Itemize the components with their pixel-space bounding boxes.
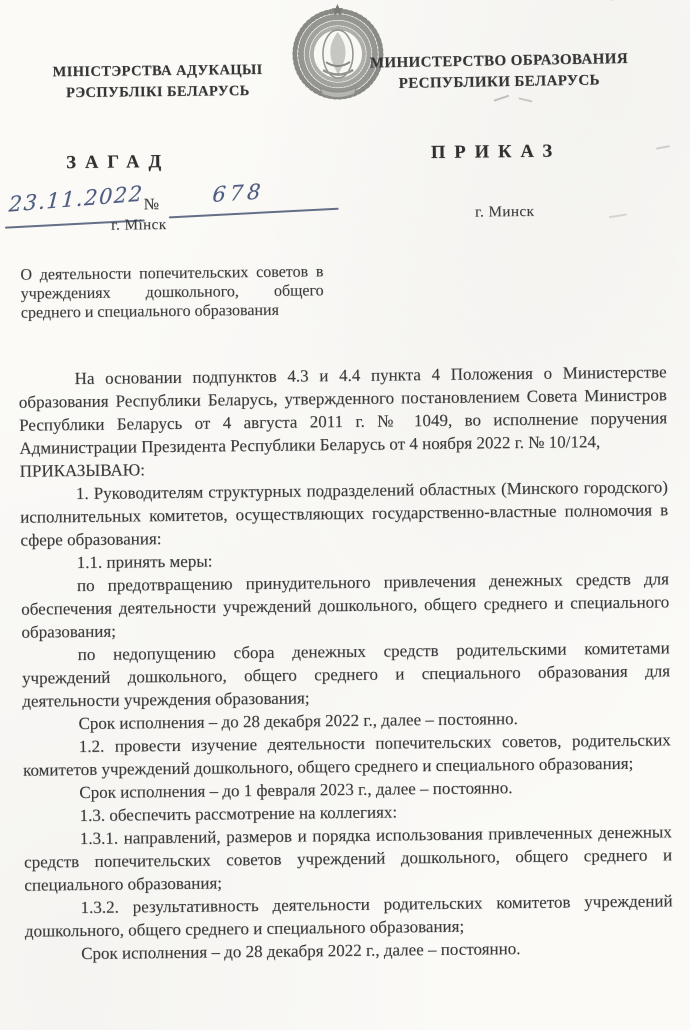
paragraph-basis: На основании подпунктов 4.3 и 4.4 пункта…	[18, 360, 667, 459]
scan-tilt-wrapper: 331101 МІНІСТЭРСТВА АДУКАЦЫІ РЭСПУБЛІКІ …	[0, 0, 690, 1030]
order-subject: О деятельности попечительских советов в …	[20, 263, 324, 323]
order-title-belarusian: ЗАГАД	[18, 151, 218, 174]
paragraph-measure-2: по недопущению сбора денежных средств ро…	[22, 636, 671, 712]
ministry-left-line2: РЭСПУБЛІКІ БЕЛАРУСЬ	[20, 80, 295, 104]
ministry-left-line1: МІНІСТЭРСТВА АДУКАЦЫІ	[20, 60, 295, 84]
city-belarusian: г. Мінск	[59, 216, 219, 235]
ministry-name-belarusian: МІНІСТЭРСТВА АДУКАЦЫІ РЭСПУБЛІКІ БЕЛАРУС…	[20, 60, 295, 104]
order-body: На основании подпунктов 4.3 и 4.4 пункта…	[18, 360, 673, 965]
number-sign: №	[144, 196, 159, 214]
scan-smudge	[518, 97, 532, 102]
scan-smudge	[656, 145, 670, 150]
city-russian: г. Минск	[425, 203, 585, 222]
scan-smudge	[609, 214, 627, 219]
paragraph-measure-1: по предотвращению принудительного привле…	[21, 567, 670, 643]
handwritten-order-number: 678	[212, 179, 266, 206]
ministry-name-russian: МИНИСТЕРСТВО ОБРАЗОВАНИЯ РЕСПУБЛИКИ БЕЛА…	[353, 49, 646, 96]
paragraph-item-1-3-1: 1.3.1. направлений, размеров и порядка и…	[24, 820, 673, 896]
handwritten-date: 23.11.2022	[8, 181, 144, 216]
scan-smudge	[494, 95, 510, 102]
scan-corner-number: 331101	[609, 0, 658, 4]
paragraph-item-1-3-2: 1.3.2. результативность деятельности род…	[24, 889, 672, 942]
scanned-order-page: 331101 МІНІСТЭРСТВА АДУКАЦЫІ РЭСПУБЛІКІ …	[0, 0, 690, 1030]
paragraph-item-1-2: 1.2. провести изучение деятельности попе…	[23, 728, 671, 781]
paragraph-item-1: 1. Руководителям структурных подразделен…	[20, 475, 669, 551]
order-title-russian: ПРИКАЗ	[398, 141, 594, 164]
